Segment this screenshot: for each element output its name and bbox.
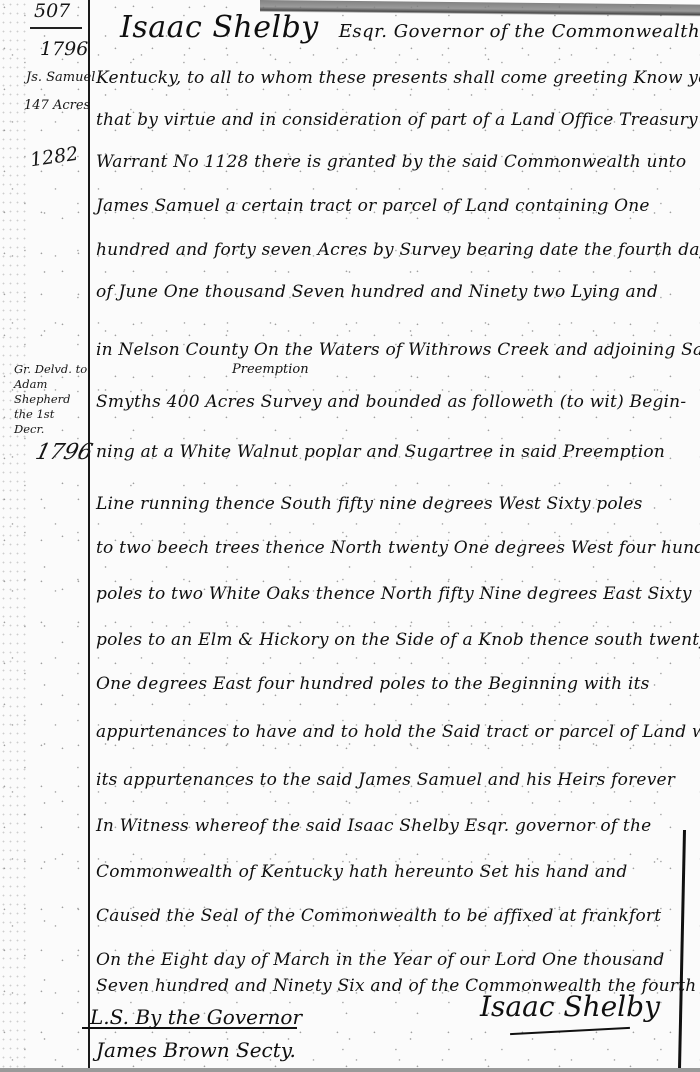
seal-by-governor: L.S. By the Governor — [90, 1005, 302, 1029]
body-line-17: In Witness whereof the said Isaac Shelby… — [96, 816, 651, 836]
margin-rule — [88, 0, 90, 1072]
margin-grantee: Js. Samuel — [26, 70, 95, 85]
margin-acres: 147 Acres — [24, 98, 90, 113]
body-line-11: to two beech trees thence North twenty O… — [96, 538, 700, 558]
body-line-1: Kentucky, to all to whom these presents … — [96, 68, 700, 88]
scanned-document-page: 507 1796 Js. Samuel 147 Acres 1282 Gr. D… — [0, 0, 700, 1072]
body-line-16: its appurtenances to the said James Samu… — [96, 770, 675, 790]
body-line-12: poles to two White Oaks thence North fif… — [96, 584, 692, 604]
margin-folio-number: 507 — [34, 0, 70, 22]
body-line-8: Smyths 400 Acres Survey and bounded as f… — [96, 392, 686, 412]
grant-title-line: Isaac Shelby Esqr. Governor of the Commo… — [120, 10, 700, 45]
margin-delivery-note: Gr. Delvd. to Adam Shepherd the 1st Decr… — [14, 362, 88, 437]
scan-noise-strip — [0, 0, 30, 1072]
margin-year: 1796 — [40, 38, 88, 60]
body-line-3: Warrant No 1128 there is granted by the … — [96, 152, 686, 172]
governor-name-heading: Isaac Shelby — [120, 10, 319, 45]
margin-delivery-year: 1796 — [33, 440, 95, 465]
interlineation-preemption: Preemption — [232, 362, 309, 377]
body-line-14: One degrees East four hundred poles to t… — [96, 674, 650, 694]
page-bottom-edge — [0, 1068, 700, 1072]
governor-signature-flourish — [510, 1027, 630, 1035]
margin-record-number: 1282 — [29, 143, 80, 172]
body-line-2: that by virtue and in consideration of p… — [96, 110, 698, 130]
body-line-18: Commonwealth of Kentucky hath hereunto S… — [96, 862, 627, 882]
body-line-13: poles to an Elm & Hickory on the Side of… — [96, 630, 700, 650]
title-rest: Esqr. Governor of the Commonwealth of — [339, 21, 700, 42]
body-line-10: Line running thence South fifty nine deg… — [96, 494, 643, 514]
governor-signature: Isaac Shelby — [480, 990, 660, 1023]
body-line-4: James Samuel a certain tract or parcel o… — [96, 196, 650, 216]
seal-underline — [82, 1027, 297, 1029]
body-line-9: ning at a White Walnut poplar and Sugart… — [96, 442, 665, 462]
body-line-15: appurtenances to have and to hold the Sa… — [96, 722, 700, 742]
body-line-19: Caused the Seal of the Commonwealth to b… — [96, 906, 661, 926]
secretary-signature: James Brown Secty. — [96, 1038, 296, 1062]
body-line-20: On the Eight day of March in the Year of… — [96, 950, 664, 970]
folio-underline — [30, 27, 82, 29]
body-line-5: hundred and forty seven Acres by Survey … — [96, 240, 700, 260]
body-line-6: of June One thousand Seven hundred and N… — [96, 282, 658, 302]
body-line-7: in Nelson County On the Waters of Withro… — [96, 340, 700, 360]
right-border-rule — [678, 830, 686, 1072]
